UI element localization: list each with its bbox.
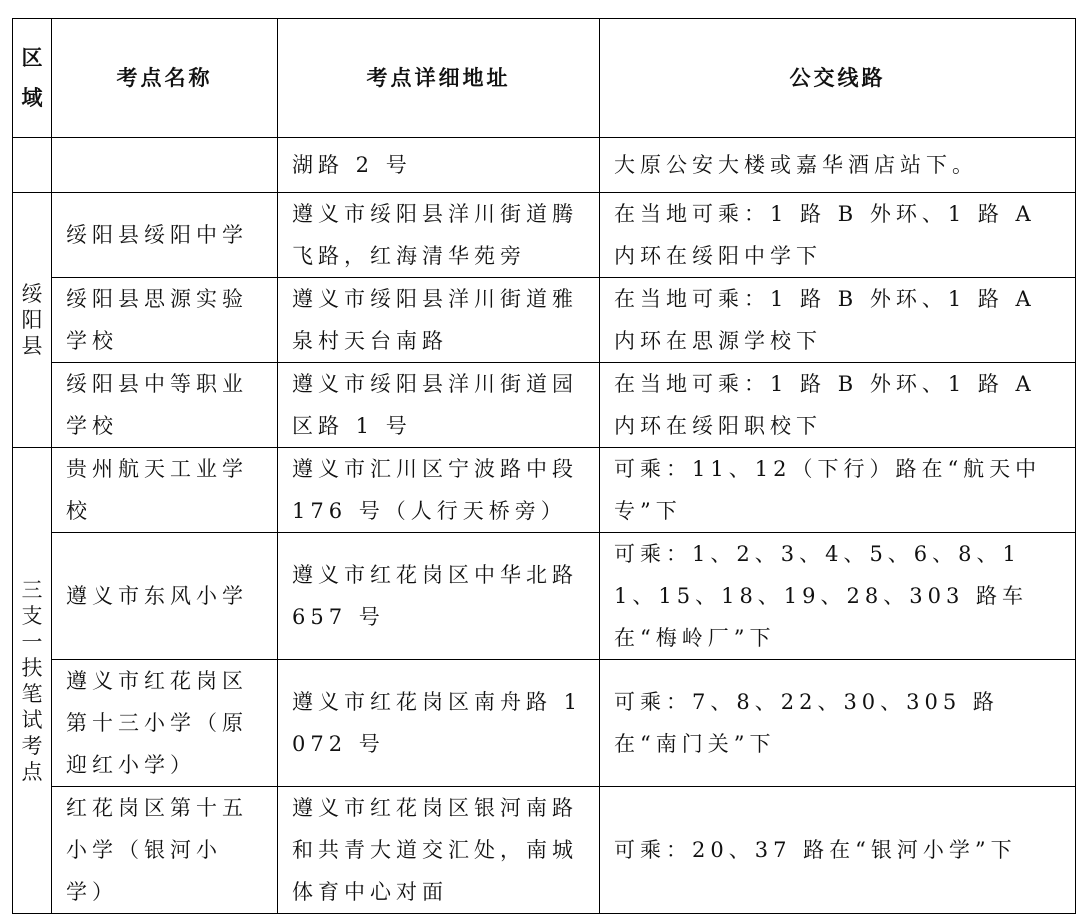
header-region: 区域 — [13, 19, 52, 138]
name-cell: 遵义市红花岗区第十三小学（原迎红小学） — [52, 660, 278, 787]
bus-cell: 在当地可乘：1 路 B 外环、1 路 A 内环在思源学校下 — [600, 278, 1076, 363]
name-cell: 遵义市东风小学 — [52, 533, 278, 660]
exam-venue-table: 区域 考点名称 考点详细地址 公交线路 湖路 2 号 大原公安大楼或嘉华酒店站下… — [12, 18, 1076, 914]
region-cell-suiyang: 绥阳县 — [13, 193, 52, 448]
address-cell: 遵义市绥阳县洋川街道园区路 1 号 — [278, 363, 600, 448]
name-cell: 贵州航天工业学校 — [52, 448, 278, 533]
name-cell — [52, 138, 278, 193]
address-cell: 湖路 2 号 — [278, 138, 600, 193]
region-label: 绥阳县 — [22, 281, 43, 359]
address-cell: 遵义市绥阳县洋川街道雅泉村天台南路 — [278, 278, 600, 363]
name-cell: 绥阳县中等职业学校 — [52, 363, 278, 448]
bus-cell: 可乘：7、8、22、30、305 路在“南门关”下 — [600, 660, 1076, 787]
table-row: 绥阳县中等职业学校 遵义市绥阳县洋川街道园区路 1 号 在当地可乘：1 路 B … — [13, 363, 1076, 448]
address-cell: 遵义市汇川区宁波路中段 176 号（人行天桥旁） — [278, 448, 600, 533]
table-row: 遵义市红花岗区第十三小学（原迎红小学） 遵义市红花岗区南舟路 1072 号 可乘… — [13, 660, 1076, 787]
bus-cell: 可乘：1、2、3、4、5、6、8、11、15、18、19、28、303 路车在“… — [600, 533, 1076, 660]
bus-cell: 大原公安大楼或嘉华酒店站下。 — [600, 138, 1076, 193]
header-region-label: 区域 — [22, 38, 43, 118]
name-cell: 红花岗区第十五小学（银河小学） — [52, 787, 278, 914]
name-cell: 绥阳县思源实验学校 — [52, 278, 278, 363]
header-name: 考点名称 — [52, 19, 278, 138]
address-cell: 遵义市红花岗区南舟路 1072 号 — [278, 660, 600, 787]
table-header-row: 区域 考点名称 考点详细地址 公交线路 — [13, 19, 1076, 138]
bus-cell: 可乘：11、12（下行）路在“航天中专”下 — [600, 448, 1076, 533]
table-row: 三支一扶笔试考点 贵州航天工业学校 遵义市汇川区宁波路中段 176 号（人行天桥… — [13, 448, 1076, 533]
address-cell: 遵义市红花岗区银河南路和共青大道交汇处，南城体育中心对面 — [278, 787, 600, 914]
bus-cell: 在当地可乘：1 路 B 外环、1 路 A 内环在绥阳职校下 — [600, 363, 1076, 448]
table-row-continuation: 湖路 2 号 大原公安大楼或嘉华酒店站下。 — [13, 138, 1076, 193]
bus-cell: 在当地可乘：1 路 B 外环、1 路 A 内环在绥阳中学下 — [600, 193, 1076, 278]
address-cell: 遵义市绥阳县洋川街道腾飞路，红海清华苑旁 — [278, 193, 600, 278]
table-row: 遵义市东风小学 遵义市红花岗区中华北路 657 号 可乘：1、2、3、4、5、6… — [13, 533, 1076, 660]
region-cell-empty — [13, 138, 52, 193]
header-bus: 公交线路 — [600, 19, 1076, 138]
address-cell: 遵义市红花岗区中华北路 657 号 — [278, 533, 600, 660]
header-address: 考点详细地址 — [278, 19, 600, 138]
table-row: 红花岗区第十五小学（银河小学） 遵义市红花岗区银河南路和共青大道交汇处，南城体育… — [13, 787, 1076, 914]
name-cell: 绥阳县绥阳中学 — [52, 193, 278, 278]
region-cell-sanzhiyifu: 三支一扶笔试考点 — [13, 448, 52, 914]
table-row: 绥阳县 绥阳县绥阳中学 遵义市绥阳县洋川街道腾飞路，红海清华苑旁 在当地可乘：1… — [13, 193, 1076, 278]
bus-cell: 可乘：20、37 路在“银河小学”下 — [600, 787, 1076, 914]
region-label: 三支一扶笔试考点 — [22, 577, 43, 785]
table-row: 绥阳县思源实验学校 遵义市绥阳县洋川街道雅泉村天台南路 在当地可乘：1 路 B … — [13, 278, 1076, 363]
